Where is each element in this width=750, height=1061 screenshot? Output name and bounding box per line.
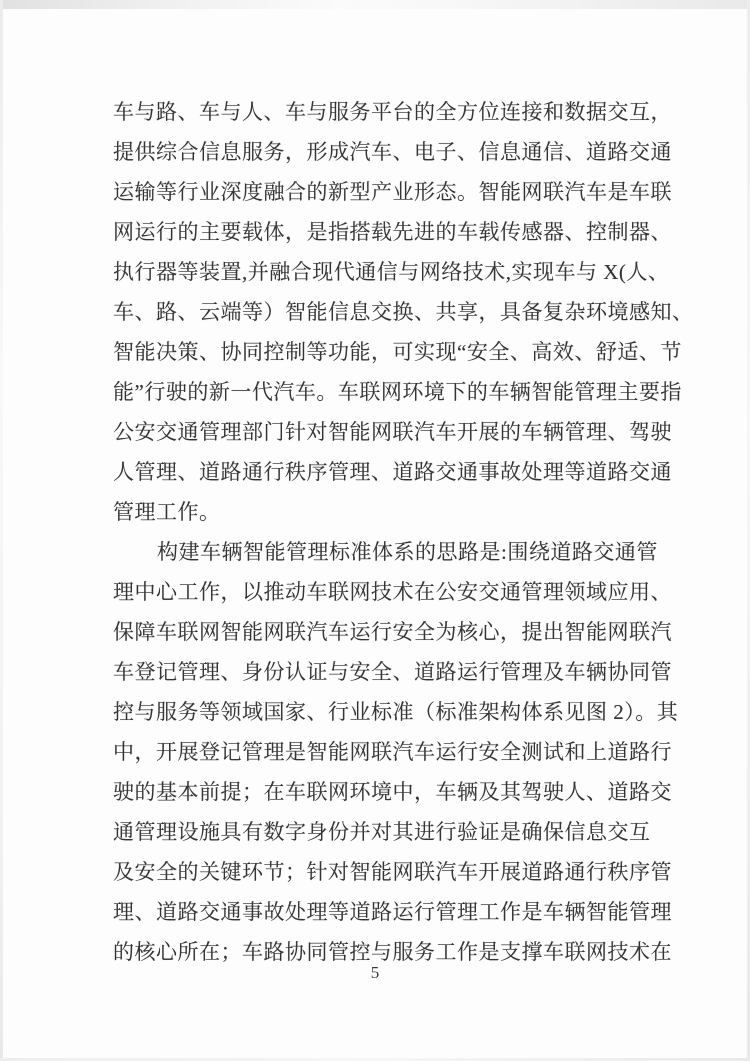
text-line: 公安交通管理部门针对智能网联汽车开展的车辆管理、驾驶 (113, 412, 641, 452)
text-line: 理、道路交通事故处理等道路运行管理工作是车辆智能管理 (113, 892, 641, 932)
text-line: 网运行的主要载体，是指搭载先进的车载传感器、控制器、 (113, 212, 641, 252)
scan-edge-top (0, 0, 750, 9)
text-line: 执行器等装置,并融合现代通信与网络技术,实现车与 X(人、 (113, 252, 641, 292)
text-line: 控与服务等领域国家、行业标准（标准架构体系见图 2）。其 (113, 692, 641, 732)
text-line: 管理工作。 (113, 492, 641, 532)
document-page: 车与路、车与人、车与服务平台的全方位连接和数据交互， 提供综合信息服务，形成汽车… (0, 0, 750, 1061)
text-line: 通管理设施具有数字身份并对其进行验证是确保信息交互 (113, 812, 641, 852)
text-line: 及安全的关键环节；针对智能网联汽车开展道路通行秩序管 (113, 852, 641, 892)
body-text: 车与路、车与人、车与服务平台的全方位连接和数据交互， 提供综合信息服务，形成汽车… (113, 92, 641, 972)
text-line: 能”行驶的新一代汽车。车联网环境下的车辆智能管理主要指 (113, 372, 641, 412)
text-line: 车登记管理、身份认证与安全、道路运行管理及车辆协同管 (113, 652, 641, 692)
text-line: 理中心工作，以推动车联网技术在公安交通管理领域应用、 (113, 572, 641, 612)
text-line: 智能决策、协同控制等功能，可实现“安全、高效、舒适、节 (113, 332, 641, 372)
page-number: 5 (0, 958, 750, 988)
text-line: 驶的基本前提；在车联网环境中，车辆及其驾驶人、道路交 (113, 772, 641, 812)
text-line: 保障车联网智能网联汽车运行安全为核心，提出智能网联汽 (113, 612, 641, 652)
text-line: 中，开展登记管理是智能网联汽车运行安全测试和上道路行 (113, 732, 641, 772)
text-line: 运输等行业深度融合的新型产业形态。智能网联汽车是车联 (113, 172, 641, 212)
text-line: 人管理、道路通行秩序管理、道路交通事故处理等道路交通 (113, 452, 641, 492)
text-line: 构建车辆智能管理标准体系的思路是:围绕道路交通管 (113, 532, 641, 572)
scan-edge-left (0, 0, 3, 1061)
text-line: 提供综合信息服务，形成汽车、电子、信息通信、道路交通 (113, 132, 641, 172)
text-line: 车、路、云端等）智能信息交换、共享，具备复杂环境感知、 (113, 292, 641, 332)
text-line: 车与路、车与人、车与服务平台的全方位连接和数据交互， (113, 92, 641, 132)
